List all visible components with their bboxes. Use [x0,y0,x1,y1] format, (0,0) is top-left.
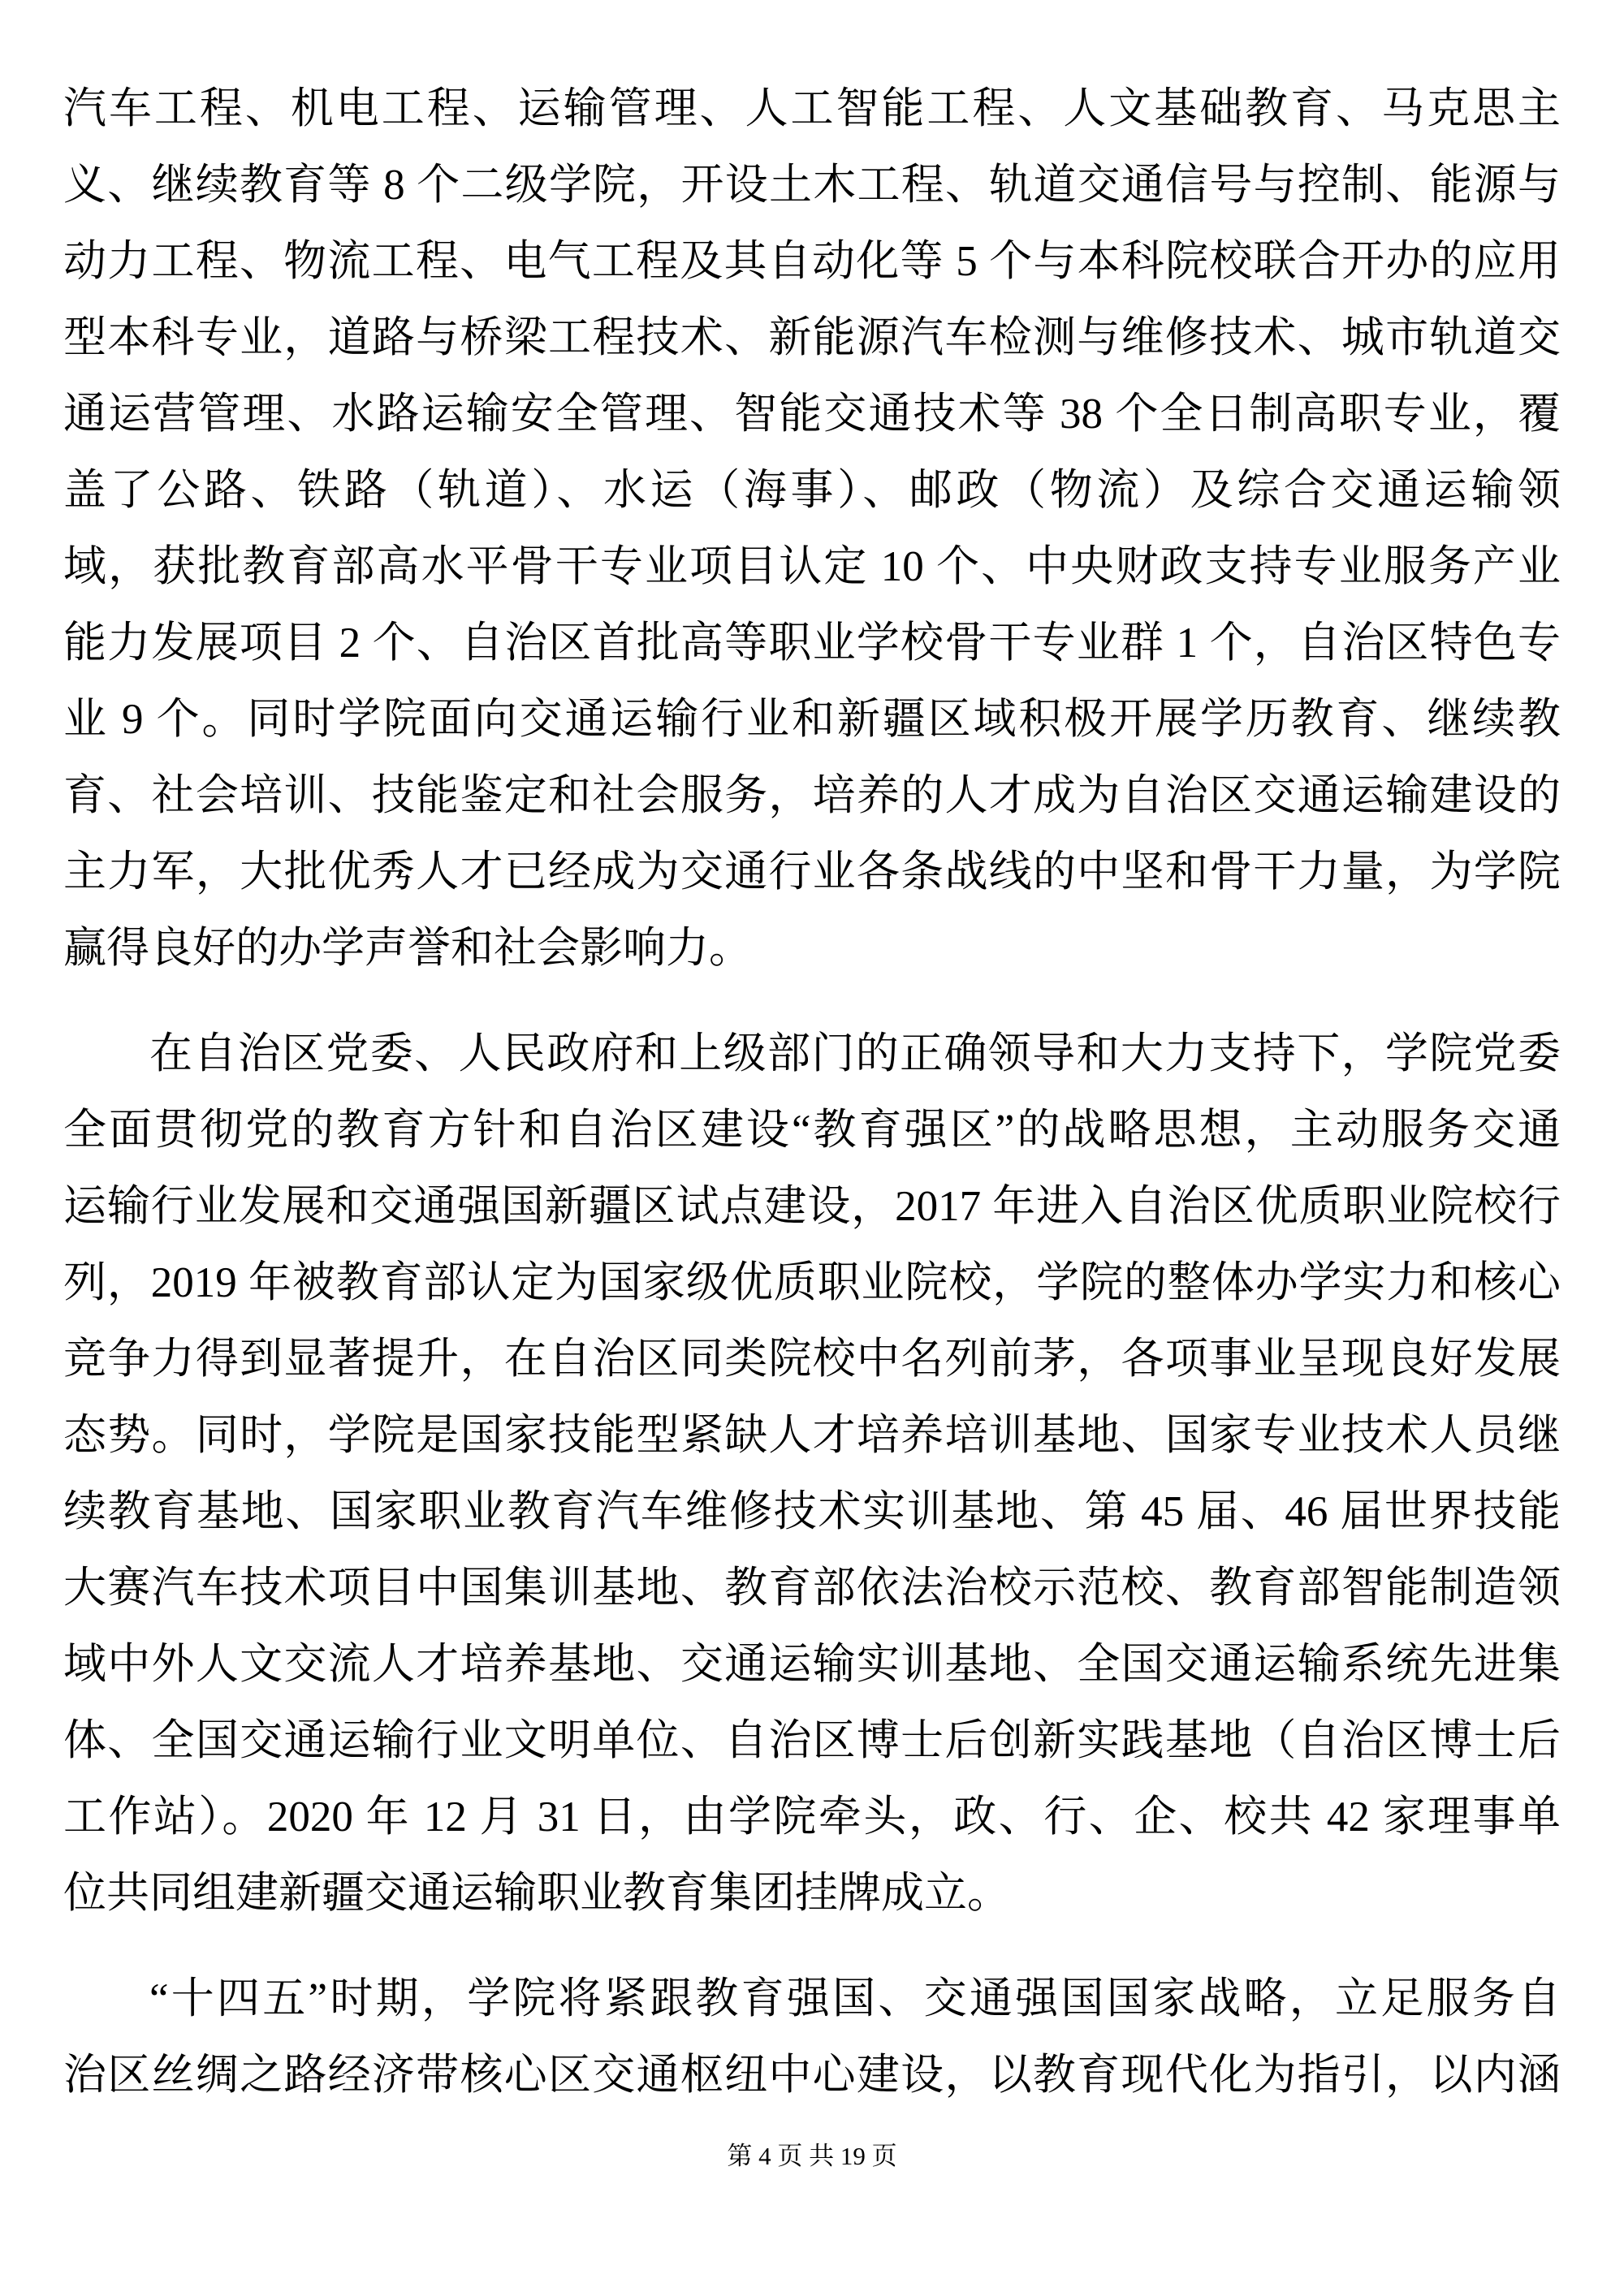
text-line: 育、社会培训、技能鉴定和社会服务，培养的人才成为自治区交通运输建设的 [63,757,1561,834]
text-line: 业 9 个。同时学院面向交通运输行业和新疆区域积极开展学历教育、继续教 [63,681,1561,757]
text-line: 运输行业发展和交通强国新疆区试点建设，2017 年进入自治区优质职业院校行 [63,1168,1561,1245]
text-line: 汽车工程、机电工程、运输管理、人工智能工程、人文基础教育、马克思主 [63,71,1561,147]
text-line: 动力工程、物流工程、电气工程及其自动化等 5 个与本科院校联合开办的应用 [63,223,1561,300]
text-line: 型本科专业，道路与桥梁工程技术、新能源汽车检测与维修技术、城市轨道交 [63,300,1561,376]
text-line: 位共同组建新疆交通运输职业教育集团挂牌成立。 [63,1855,1561,1931]
document-body: 汽车工程、机电工程、运输管理、人工智能工程、人文基础教育、马克思主 义、继续教育… [63,71,1561,2113]
page-number-text: 第 4 页 共 19 页 [727,2142,896,2170]
text-line: “十四五”时期，学院将紧跟教育强国、交通强国国家战略，立足服务自 [63,1961,1561,2037]
text-line: 盖了公路、铁路（轨道）、水运（海事）、邮政（物流）及综合交通运输领 [63,452,1561,529]
text-line: 域，获批教育部高水平骨干专业项目认定 10 个、中央财政支持专业服务产业 [63,529,1561,605]
text-line: 主力军，大批优秀人才已经成为交通行业各条战线的中坚和骨干力量，为学院 [63,834,1561,910]
paragraph-2: 在自治区党委、人民政府和上级部门的正确领导和大力支持下，学院党委 全面贯彻党的教… [63,1016,1561,1931]
text-line: 全面贯彻党的教育方针和自治区建设“教育强区”的战略思想，主动服务交通 [63,1092,1561,1168]
text-line: 在自治区党委、人民政府和上级部门的正确领导和大力支持下，学院党委 [63,1016,1561,1092]
text-line: 体、全国交通运输行业文明单位、自治区博士后创新实践基地（自治区博士后 [63,1703,1561,1779]
text-line: 态势。同时，学院是国家技能型紧缺人才培养培训基地、国家专业技术人员继 [63,1397,1561,1474]
text-line: 赢得良好的办学声誉和社会影响力。 [63,910,1561,986]
text-line: 通运营管理、水路运输安全管理、智能交通技术等 38 个全日制高职专业，覆 [63,376,1561,452]
text-line: 列，2019 年被教育部认定为国家级优质职业院校，学院的整体办学实力和核心 [63,1245,1561,1321]
text-line: 工作站）。2020 年 12 月 31 日，由学院牵头，政、行、企、校共 42 … [63,1779,1561,1855]
text-line: 续教育基地、国家职业教育汽车维修技术实训基地、第 45 届、46 届世界技能 [63,1474,1561,1550]
paragraph-1: 汽车工程、机电工程、运输管理、人工智能工程、人文基础教育、马克思主 义、继续教育… [63,71,1561,986]
text-line: 能力发展项目 2 个、自治区首批高等职业学校骨干专业群 1 个，自治区特色专 [63,605,1561,681]
text-line: 义、继续教育等 8 个二级学院，开设土木工程、轨道交通信号与控制、能源与 [63,147,1561,223]
text-line: 大赛汽车技术项目中国集训基地、教育部依法治校示范校、教育部智能制造领 [63,1550,1561,1626]
page-number-footer: 第 4 页 共 19 页 [0,2138,1624,2174]
text-line: 域中外人文交流人才培养基地、交通运输实训基地、全国交通运输系统先进集 [63,1626,1561,1703]
text-line: 治区丝绸之路经济带核心区交通枢纽中心建设，以教育现代化为指引，以内涵 [63,2037,1561,2113]
paragraph-3: “十四五”时期，学院将紧跟教育强国、交通强国国家战略，立足服务自 治区丝绸之路经… [63,1961,1561,2113]
text-line: 竞争力得到显著提升，在自治区同类院校中名列前茅，各项事业呈现良好发展 [63,1321,1561,1397]
